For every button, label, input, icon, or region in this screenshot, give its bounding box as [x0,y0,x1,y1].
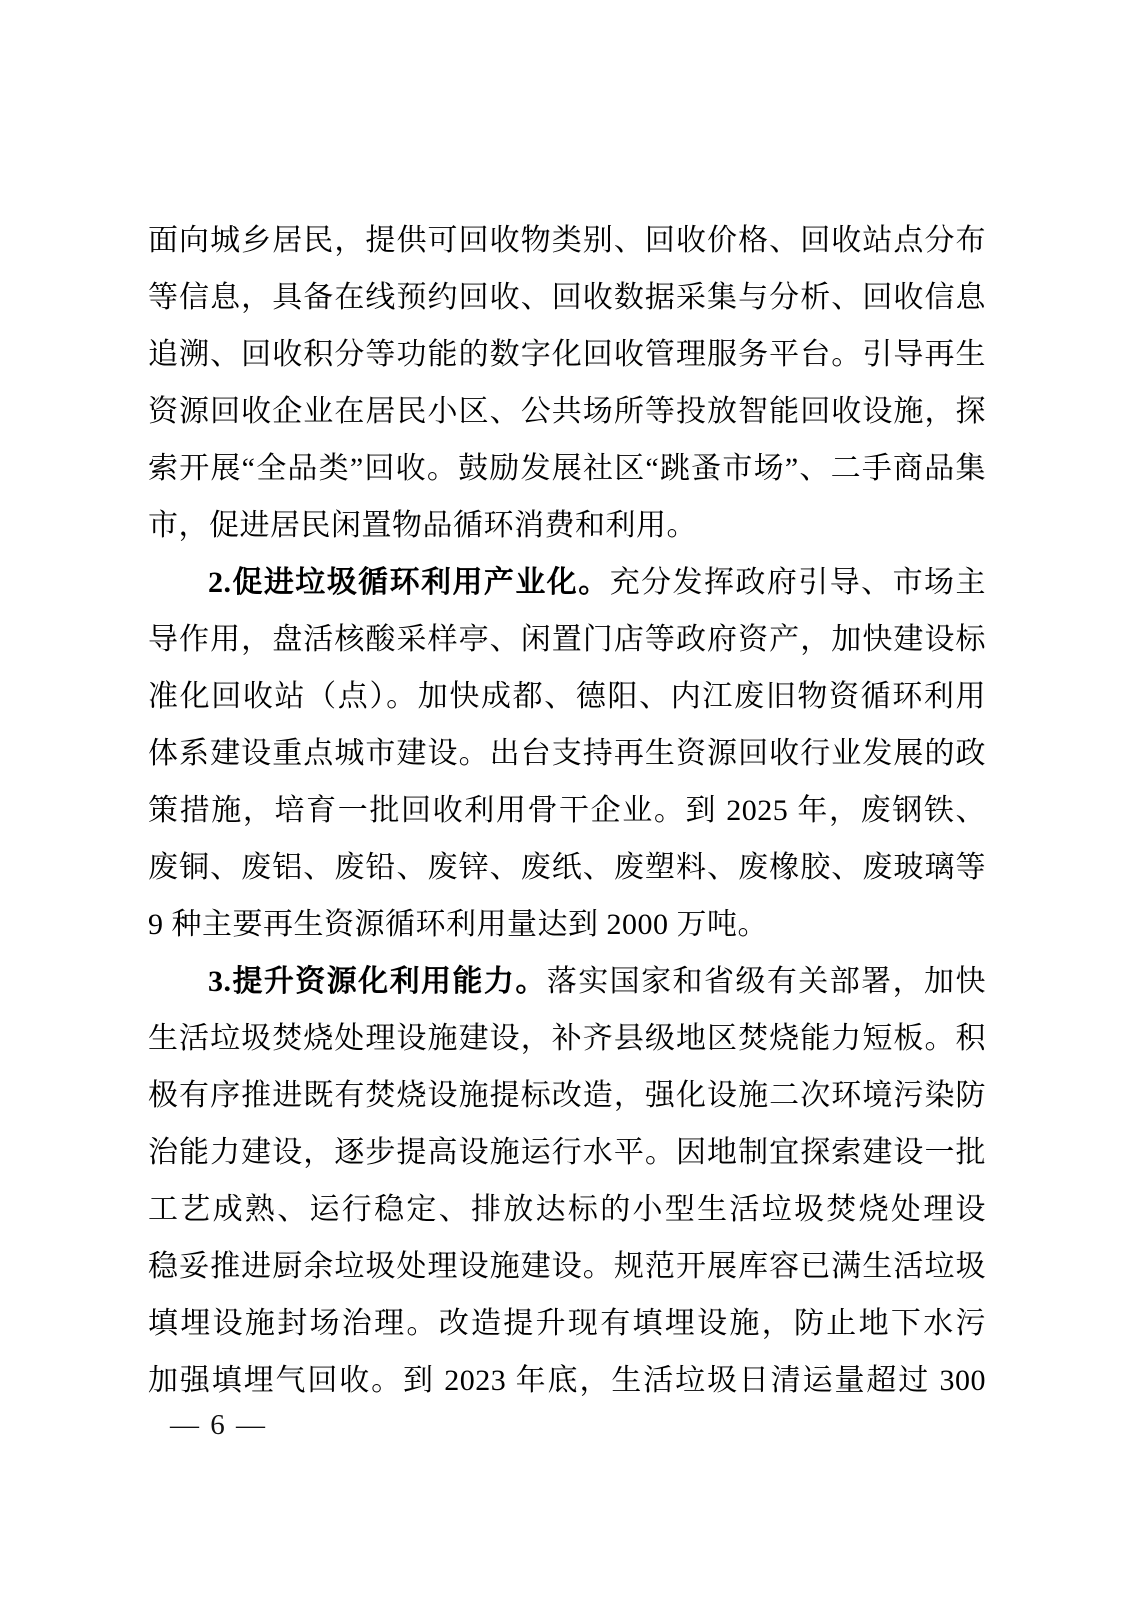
page-number: — 6 — [170,1405,267,1445]
paragraph-3-lead-text: 落实国家和省级有关部署，加快 [547,965,986,998]
text-line: 填埋设施封场治理。改造提升现有填埋设施，防止地下水污染， [148,1295,986,1352]
paragraph-2-lead-text: 充分发挥政府引导、市场主 [610,566,986,599]
text-line: 策措施，培育一批回收利用骨干企业。到 2025 年，废钢铁、 [148,782,986,839]
document-page: 面向城乡居民，提供可回收物类别、回收价格、回收站点分布 等信息，具备在线预约回收… [0,0,1129,1600]
text-line: 稳妥推进厨余垃圾处理设施建设。规范开展库容已满生活垃圾 [148,1238,986,1295]
text-line: 工艺成熟、运行稳定、排放达标的小型生活垃圾焚烧处理设施。 [148,1181,986,1238]
text-line: 3.提升资源化利用能力。落实国家和省级有关部署，加快 [148,953,986,1010]
text-line: 废铜、废铝、废铅、废锌、废纸、废塑料、废橡胶、废玻璃等 [148,839,986,896]
paragraph-3: 3.提升资源化利用能力。落实国家和省级有关部署，加快 生活垃圾焚烧处理设施建设，… [148,953,986,1409]
text-line: 9 种主要再生资源循环利用量达到 2000 万吨。 [148,896,986,953]
text-line: 市，促进居民闲置物品循环消费和利用。 [148,497,986,554]
text-line: 面向城乡居民，提供可回收物类别、回收价格、回收站点分布 [148,212,986,269]
text-line: 等信息，具备在线预约回收、回收数据采集与分析、回收信息 [148,269,986,326]
text-line: 索开展“全品类”回收。鼓励发展社区“跳蚤市场”、二手商品集 [148,440,986,497]
text-line: 准化回收站（点）。加快成都、德阳、内江废旧物资循环利用 [148,668,986,725]
text-line: 追溯、回收积分等功能的数字化回收管理服务平台。引导再生 [148,326,986,383]
paragraph-continuation: 面向城乡居民，提供可回收物类别、回收价格、回收站点分布 等信息，具备在线预约回收… [148,212,986,554]
paragraph-2: 2.促进垃圾循环利用产业化。充分发挥政府引导、市场主 导作用，盘活核酸采样亭、闲… [148,554,986,953]
text-line: 体系建设重点城市建设。出台支持再生资源回收行业发展的政 [148,725,986,782]
text-line: 极有序推进既有焚烧设施提标改造，强化设施二次环境污染防 [148,1067,986,1124]
text-line: 生活垃圾焚烧处理设施建设，补齐县级地区焚烧能力短板。积 [148,1010,986,1067]
text-line: 导作用，盘活核酸采样亭、闲置门店等政府资产，加快建设标 [148,611,986,668]
text-line: 2.促进垃圾循环利用产业化。充分发挥政府引导、市场主 [148,554,986,611]
paragraph-2-heading: 2.促进垃圾循环利用产业化。 [208,566,610,599]
document-body: 面向城乡居民，提供可回收物类别、回收价格、回收站点分布 等信息，具备在线预约回收… [148,212,986,1409]
text-line: 治能力建设，逐步提高设施运行水平。因地制宜探索建设一批 [148,1124,986,1181]
text-line: 加强填埋气回收。到 2023 年底，生活垃圾日清运量超过 300 [148,1352,986,1409]
paragraph-3-heading: 3.提升资源化利用能力。 [208,965,547,998]
text-line: 资源回收企业在居民小区、公共场所等投放智能回收设施，探 [148,383,986,440]
